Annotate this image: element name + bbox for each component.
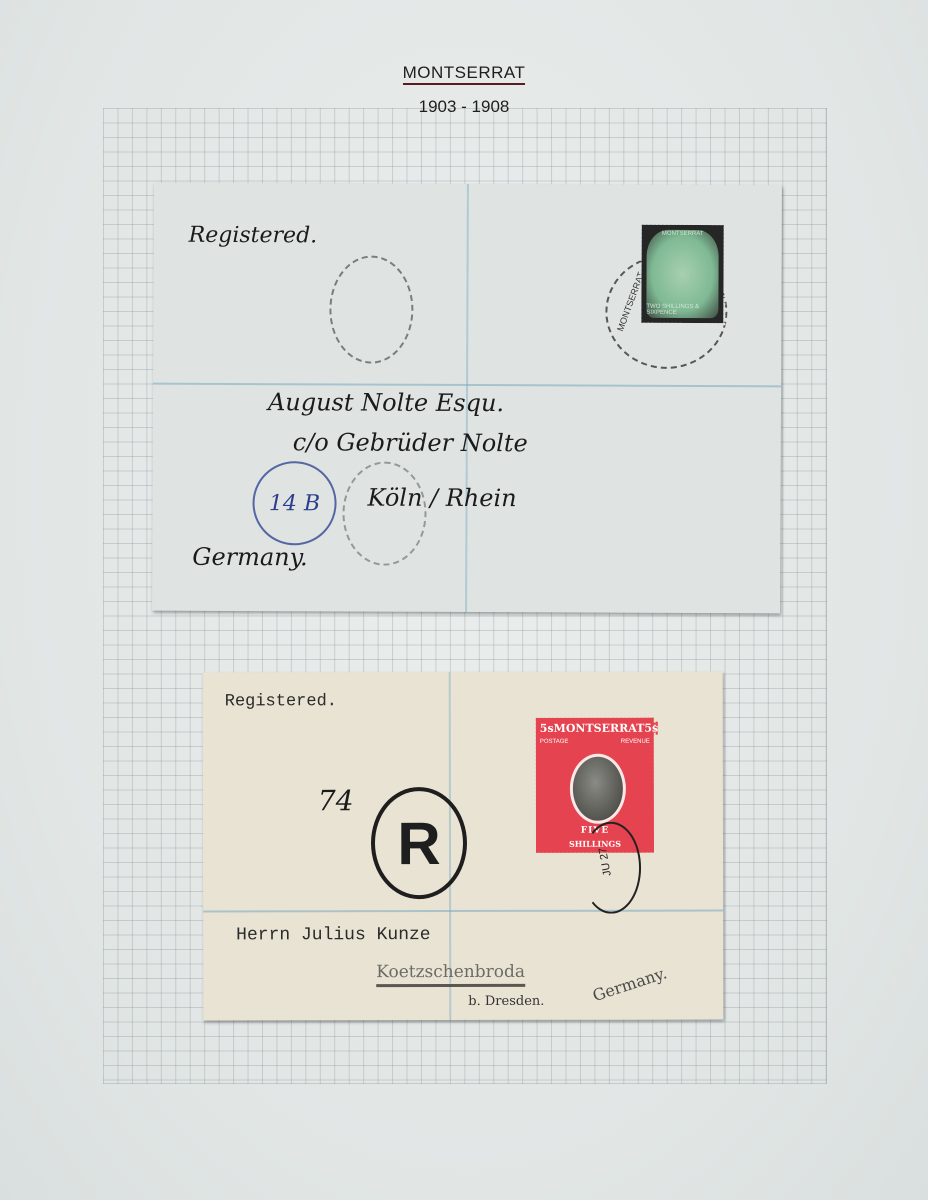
addressee-town: Koetzschenbroda	[376, 962, 525, 987]
registration-number-mark: 14 B	[252, 461, 336, 545]
registration-number: 74	[318, 784, 354, 817]
addressee-line-1: Herrn Julius Kunze	[236, 925, 430, 945]
king-portrait	[570, 754, 626, 824]
registration-line-horizontal	[203, 910, 723, 913]
cover-2[interactable]: Registered. 74 R 5s MONTSERRAT 5s POSTAG…	[203, 672, 724, 1021]
backstamp-postmark	[329, 255, 413, 363]
addressee-line-1: August Nolte Esqu.	[268, 388, 504, 417]
page-title: MONTSERRAT	[0, 63, 928, 83]
transit-postmark	[342, 461, 426, 565]
addressee-district: b. Dresden.	[468, 994, 544, 1009]
addressee-line-2: c/o Gebrüder Nolte	[293, 428, 528, 457]
cover-1[interactable]: Registered. MONTSERRAT MONTSERRAT TWO SH…	[152, 183, 782, 614]
registered-annotation: Registered.	[225, 692, 337, 711]
page-subtitle: 1903 - 1908	[0, 97, 928, 117]
montserrat-postmark: JU 27	[581, 822, 641, 914]
addressee-country: Germany.	[590, 963, 669, 1005]
addressee-line-3: Köln / Rhein	[368, 484, 517, 513]
registration-r-mark: R	[371, 787, 467, 899]
registered-annotation: Registered.	[189, 223, 318, 249]
stamp-two-shillings-sixpence[interactable]: MONTSERRAT TWO SHILLINGS & SIXPENCE	[641, 225, 723, 323]
addressee-country: Germany.	[192, 543, 307, 572]
stamp-vignette: TWO SHILLINGS & SIXPENCE	[646, 230, 718, 318]
